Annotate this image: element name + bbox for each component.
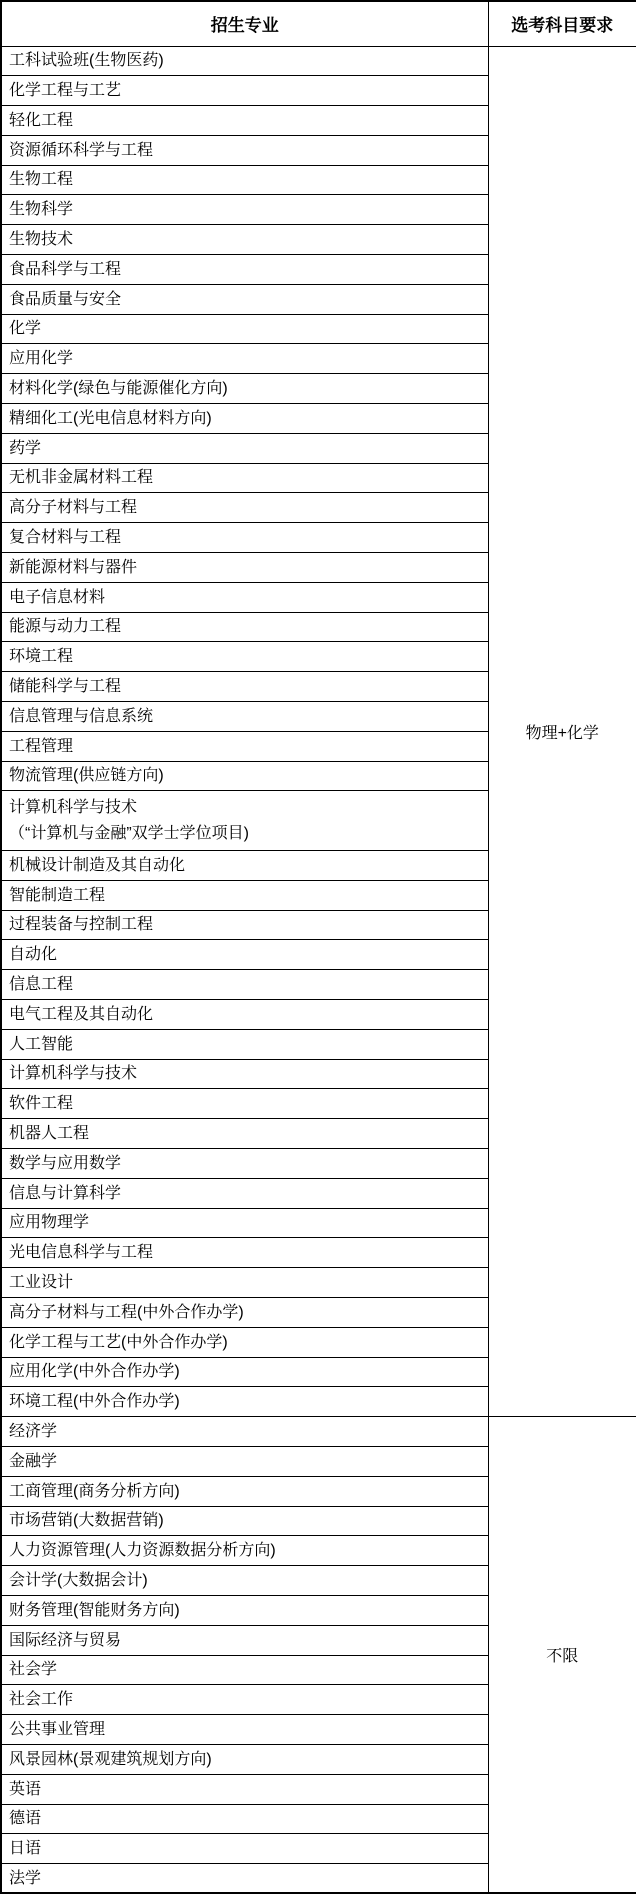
requirement-cell: 物理+化学 xyxy=(488,46,636,1417)
major-cell: 高分子材料与工程 xyxy=(1,493,488,523)
major-cell: 化学工程与工艺 xyxy=(1,76,488,106)
table-row: 工科试验班(生物医药)物理+化学 xyxy=(1,46,636,76)
major-cell: 国际经济与贸易 xyxy=(1,1625,488,1655)
header-major: 招生专业 xyxy=(1,1,488,46)
major-cell: 机械设计制造及其自动化 xyxy=(1,851,488,881)
major-cell: 经济学 xyxy=(1,1417,488,1447)
major-cell: 食品科学与工程 xyxy=(1,255,488,285)
major-cell: 工商管理(商务分析方向) xyxy=(1,1476,488,1506)
requirement-cell: 不限 xyxy=(488,1417,636,1894)
major-cell: 人工智能 xyxy=(1,1029,488,1059)
major-cell: 复合材料与工程 xyxy=(1,523,488,553)
page: 招生专业 选考科目要求 工科试验班(生物医药)物理+化学化学工程与工艺轻化工程资… xyxy=(0,0,636,1897)
major-cell: 工科试验班(生物医药) xyxy=(1,46,488,76)
major-cell: 市场营销(大数据营销) xyxy=(1,1506,488,1536)
major-cell: 高分子材料与工程(中外合作办学) xyxy=(1,1297,488,1327)
major-cell: 信息工程 xyxy=(1,970,488,1000)
major-cell: 会计学(大数据会计) xyxy=(1,1566,488,1596)
major-cell: 生物工程 xyxy=(1,165,488,195)
major-cell: 过程装备与控制工程 xyxy=(1,910,488,940)
major-cell: 物流管理(供应链方向) xyxy=(1,761,488,791)
major-cell: 日语 xyxy=(1,1834,488,1864)
major-cell: 智能制造工程 xyxy=(1,880,488,910)
major-cell: 工程管理 xyxy=(1,731,488,761)
major-cell: 德语 xyxy=(1,1804,488,1834)
major-cell: 软件工程 xyxy=(1,1089,488,1119)
major-cell: 新能源材料与器件 xyxy=(1,553,488,583)
major-cell: 应用化学(中外合作办学) xyxy=(1,1357,488,1387)
major-cell: 计算机科学与技术 xyxy=(1,1059,488,1089)
major-cell: 化学工程与工艺(中外合作办学) xyxy=(1,1327,488,1357)
major-cell: 材料化学(绿色与能源催化方向) xyxy=(1,374,488,404)
table-body: 工科试验班(生物医药)物理+化学化学工程与工艺轻化工程资源循环科学与工程生物工程… xyxy=(1,46,636,1893)
major-cell: 光电信息科学与工程 xyxy=(1,1238,488,1268)
major-cell: 应用物理学 xyxy=(1,1208,488,1238)
major-cell: 食品质量与安全 xyxy=(1,284,488,314)
header-requirement: 选考科目要求 xyxy=(488,1,636,46)
major-cell: 生物科学 xyxy=(1,195,488,225)
major-cell: 机器人工程 xyxy=(1,1119,488,1149)
major-cell: 精细化工(光电信息材料方向) xyxy=(1,404,488,434)
table-header: 招生专业 选考科目要求 xyxy=(1,1,636,46)
major-cell: 电气工程及其自动化 xyxy=(1,1000,488,1030)
major-cell: 无机非金属材料工程 xyxy=(1,463,488,493)
major-cell: 英语 xyxy=(1,1774,488,1804)
major-cell: 金融学 xyxy=(1,1446,488,1476)
header-row: 招生专业 选考科目要求 xyxy=(1,1,636,46)
major-cell: 生物技术 xyxy=(1,225,488,255)
major-cell: 自动化 xyxy=(1,940,488,970)
major-cell: 轻化工程 xyxy=(1,106,488,136)
major-cell: 社会学 xyxy=(1,1655,488,1685)
major-cell: 应用化学 xyxy=(1,344,488,374)
major-cell: 电子信息材料 xyxy=(1,582,488,612)
major-cell: 环境工程(中外合作办学) xyxy=(1,1387,488,1417)
major-cell: 法学 xyxy=(1,1864,488,1894)
major-cell: 数学与应用数学 xyxy=(1,1148,488,1178)
major-cell: 风景园林(景观建筑规划方向) xyxy=(1,1744,488,1774)
major-cell: 财务管理(智能财务方向) xyxy=(1,1595,488,1625)
major-cell: 社会工作 xyxy=(1,1685,488,1715)
major-cell: 人力资源管理(人力资源数据分析方向) xyxy=(1,1536,488,1566)
major-cell: 信息与计算科学 xyxy=(1,1178,488,1208)
majors-table: 招生专业 选考科目要求 工科试验班(生物医药)物理+化学化学工程与工艺轻化工程资… xyxy=(0,0,636,1894)
major-cell: 计算机科学与技术 （“计算机与金融”双学士学位项目) xyxy=(1,791,488,851)
major-cell: 储能科学与工程 xyxy=(1,672,488,702)
major-cell: 信息管理与信息系统 xyxy=(1,702,488,732)
major-cell: 能源与动力工程 xyxy=(1,612,488,642)
table-row: 经济学不限 xyxy=(1,1417,636,1447)
major-cell: 工业设计 xyxy=(1,1268,488,1298)
major-cell: 药学 xyxy=(1,433,488,463)
major-cell: 公共事业管理 xyxy=(1,1715,488,1745)
major-cell: 环境工程 xyxy=(1,642,488,672)
major-cell: 资源循环科学与工程 xyxy=(1,135,488,165)
major-cell: 化学 xyxy=(1,314,488,344)
